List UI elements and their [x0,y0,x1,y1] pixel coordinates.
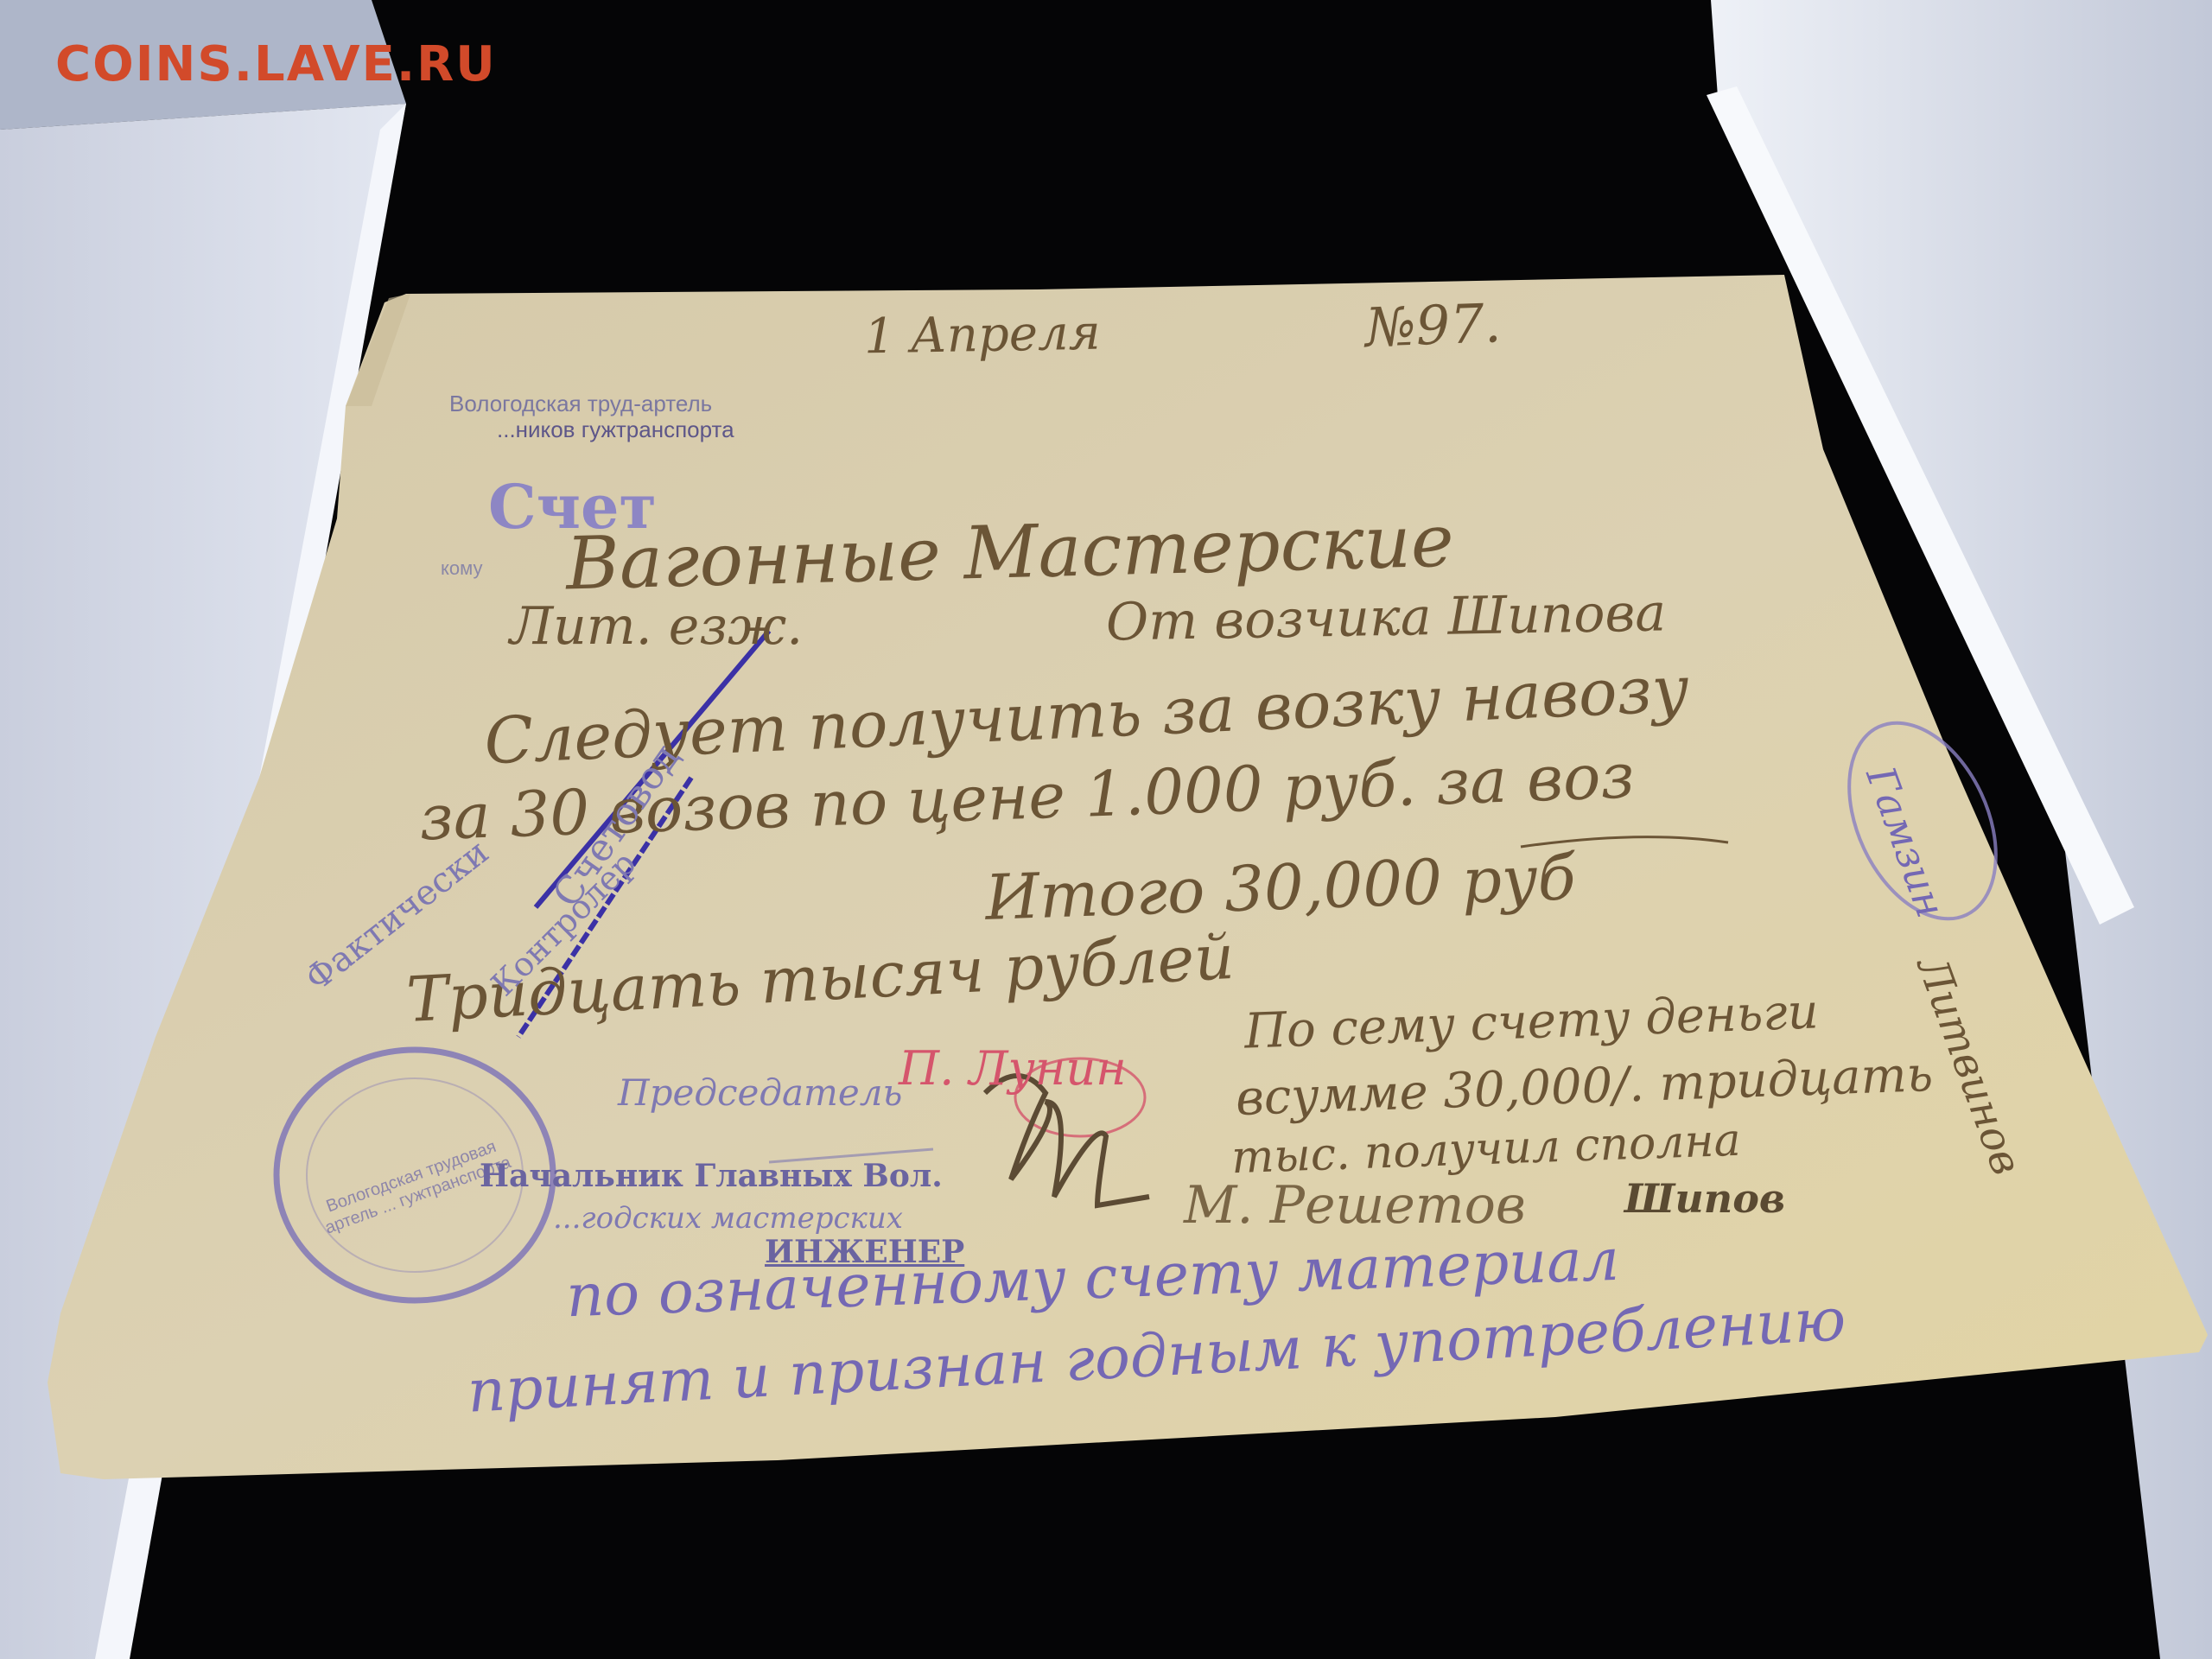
letterhead-line-2: ...ников гужтранспорта [497,416,734,443]
chief-stamp-line-2: ...годских мастерских [553,1201,903,1236]
watermark: COINS.LAVE.RU [55,36,497,92]
chief-stamp-line-1: Начальник Главных Вол. [480,1158,943,1194]
recipient-line-2-right: От возчика Шипова [1105,582,1666,652]
letterhead-line-1: Вологодская труд-артель [449,391,712,417]
header-number: №97. [1364,291,1503,359]
signature-right: М. Решетов [1184,1175,1526,1236]
header-date: 1 Апреля [863,305,1101,365]
recipient-line-2-left: Лит. езж. [510,596,803,657]
chairman-label: Председатель [618,1071,902,1114]
to-label: кому [441,557,482,580]
signature-right-mark: Шипов [1624,1175,1785,1222]
chairman-red-signature: П. Лунин [899,1041,1127,1096]
